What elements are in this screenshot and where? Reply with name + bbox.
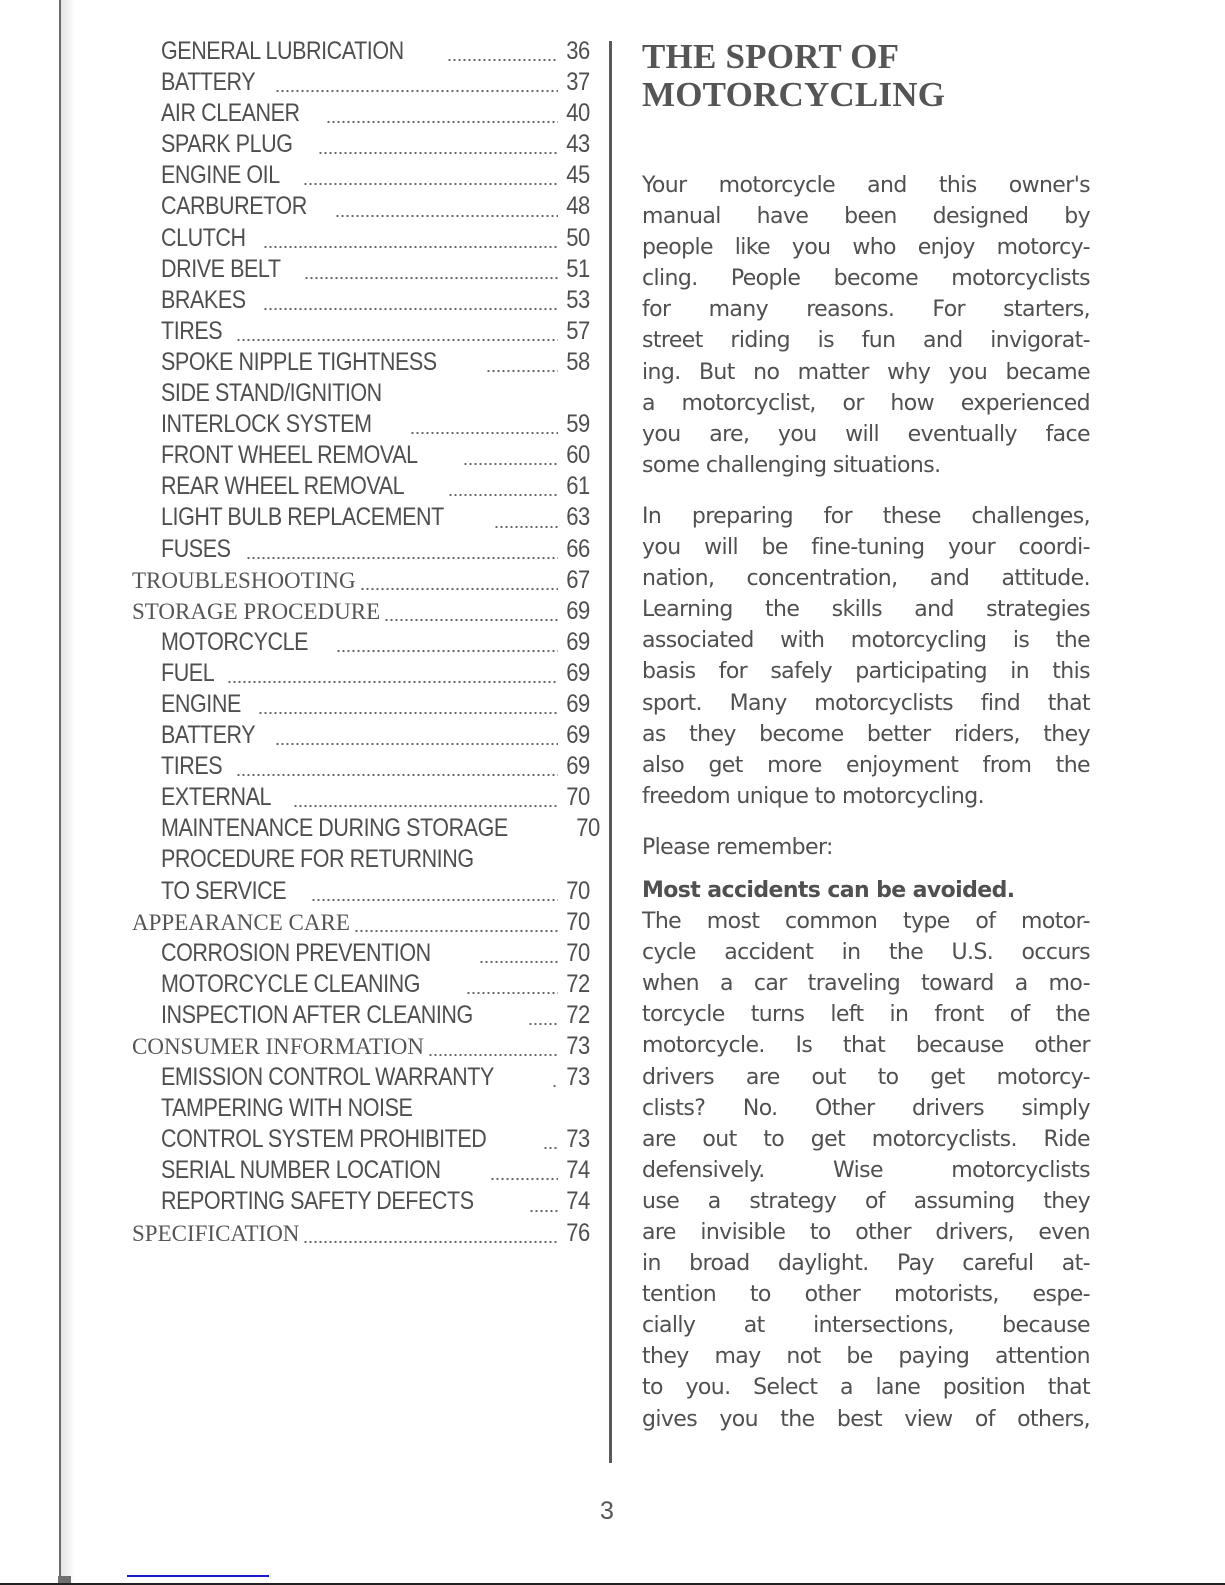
toc-leader-dots [326,119,558,125]
toc-entry-page: 70 [566,939,590,968]
toc-entry: REAR WHEEL REMOVAL61 [132,472,590,503]
toc-entry-label: SPOKE NIPPLE TIGHTNESS [161,348,437,377]
toc-entry: TIRES69 [132,752,590,783]
toc-entry-label: LIGHT BULB REPLACEMENT [161,503,444,532]
toc-leader-dots [552,1083,558,1089]
toc-entry-label: CORROSION PREVENTION [161,939,431,968]
toc-entry: TROUBLESHOOTING67 [132,566,590,597]
toc-entry-label: SPECIFICATION [132,1221,299,1247]
toc-entry-label: TIRES [161,752,222,781]
paragraph-preparing: In preparing for these challenges,you wi… [642,501,1090,812]
toc-entry-page: 50 [566,224,590,253]
toc-entry-label: SIDE STAND/IGNITION [161,379,382,408]
paragraph-remember: Please remember: [642,832,1090,863]
toc-entry: SPARK PLUG43 [132,130,590,161]
toc-entry-label: TIRES [161,317,222,346]
toc-leader-dots [448,492,558,498]
toc-leader-dots [304,275,558,281]
toc-entry-page: 43 [566,130,590,159]
paragraph-accidents: Most accidents can be avoided. The most … [642,875,1090,1435]
toc-entry: STORAGE PROCEDURE69 [132,597,590,628]
toc-entry: BATTERY37 [132,68,590,99]
toc-leader-dots [336,648,558,654]
toc-entry-page: 40 [566,99,590,128]
toc-entry: SIDE STAND/IGNITION [132,379,590,410]
toc-entry-page: 66 [566,535,590,564]
page-edge [59,0,61,1580]
toc-entry-page: 69 [566,752,590,781]
toc-entry-label: AIR CLEANER [161,99,300,128]
toc-entry: MOTORCYCLE CLEANING72 [132,970,590,1001]
toc-entry-page: 74 [566,1156,590,1185]
toc-entry-label: ENGINE [161,690,241,719]
toc-entry-page: 69 [566,690,590,719]
toc-entry: CORROSION PREVENTION70 [132,939,590,970]
toc-entry: MOTORCYCLE69 [132,628,590,659]
toc-entry: LIGHT BULB REPLACEMENT63 [132,503,590,534]
toc-leader-dots [303,181,558,187]
toc-leader-dots [410,430,558,436]
toc-entry: ENGINE OIL45 [132,161,590,192]
toc-entry-label: CLUTCH [161,224,246,253]
toc-entry: SERIAL NUMBER LOCATION74 [132,1156,590,1187]
toc-entry-page: 67 [566,566,590,595]
article-sport-of-motorcycling: THE SPORT OF MOTORCYCLING Your motorcycl… [642,38,1090,1435]
text-line: torcycle turns left in front of the [642,999,1090,1030]
text-line: are out to get motorcyclists. Ride [642,1124,1090,1155]
toc-entry: CONTROL SYSTEM PROHIBITED73 [132,1125,590,1156]
toc-entry-page: 53 [566,286,590,315]
toc-entry-label: FUEL [161,659,214,688]
toc-entry: DRIVE BELT51 [132,255,590,286]
toc-leader-dots [303,1239,558,1245]
toc-entry-label: BATTERY [161,721,255,750]
toc-leader-dots [275,88,559,94]
text-line: people like you who enjoy motorcy- [642,232,1090,263]
toc-entry-page: 72 [566,1001,590,1030]
article-title: THE SPORT OF MOTORCYCLING [642,38,1090,114]
toc-entry-label: ENGINE OIL [161,161,280,190]
toc-leader-dots [428,1052,558,1058]
toc-entry-page: 48 [566,192,590,221]
text-line: nation, concentration, and attitude. [642,563,1090,594]
toc-entry-label: CARBURETOR [161,192,307,221]
toc-entry: MAINTENANCE DURING STORAGE70 [132,814,590,845]
toc-entry: SPECIFICATION76 [132,1219,590,1250]
toc-entry-page: 59 [566,410,590,439]
scan-artifact-line [127,1575,269,1577]
text-line: basis for safely participating in this [642,656,1090,687]
toc-entry-label: STORAGE PROCEDURE [132,599,380,625]
text-line: freedom unique to motorcycling. [642,781,1090,812]
text-line: cycle accident in the U.S. occurs [642,937,1090,968]
text-line: as they become better riders, they [642,719,1090,750]
text-line: in broad daylight. Pay careful at- [642,1248,1090,1279]
text-line: sport. Many motorcyclists find that [642,688,1090,719]
toc-entry: FUEL69 [132,659,590,690]
toc-entry: INTERLOCK SYSTEM59 [132,410,590,441]
toc-entry: CARBURETOR48 [132,192,590,223]
page-edge-shadow [61,0,75,1580]
toc-leader-dots [463,461,558,467]
toc-leader-dots [263,306,558,312]
toc-leader-dots [384,617,558,623]
toc-entry-label: PROCEDURE FOR RETURNING [161,845,474,874]
column-divider [609,41,612,1463]
toc-entry-page: 73 [566,1125,590,1154]
toc-entry-page: 63 [566,503,590,532]
toc-entry-label: TROUBLESHOOTING [132,568,356,594]
text-line: for many reasons. For starters, [642,294,1090,325]
article-title-line1: THE SPORT OF [642,37,899,76]
toc-leader-dots [486,368,559,374]
toc-leader-dots [236,772,558,778]
toc-entry-label: SPARK PLUG [161,130,293,159]
toc-entry: AIR CLEANER40 [132,99,590,130]
table-of-contents: GENERAL LUBRICATION36BATTERY37AIR CLEANE… [132,37,590,1250]
toc-entry-label: DRIVE BELT [161,255,281,284]
toc-entry: EXTERNAL70 [132,783,590,814]
toc-entry-label: INSPECTION AFTER CLEANING [161,1001,473,1030]
toc-leader-dots [354,928,558,934]
toc-entry-label: CONSUMER INFORMATION [132,1034,424,1060]
toc-leader-dots [360,586,559,592]
text-line: you will be fine-tuning your coordi- [642,532,1090,563]
text-line: when a car traveling toward a mo- [642,968,1090,999]
toc-entry: BATTERY69 [132,721,590,752]
text-line: ing. But no matter why you became [642,357,1090,388]
toc-leader-dots [227,679,558,685]
toc-entry-page: 57 [566,317,590,346]
toc-entry: GENERAL LUBRICATION36 [132,37,590,68]
toc-leader-dots [529,1208,559,1214]
toc-entry-page: 60 [566,441,590,470]
text-line: tention to other motorists, espe- [642,1279,1090,1310]
page-number: 3 [600,1497,614,1526]
toc-entry: TAMPERING WITH NOISE [132,1094,590,1125]
toc-entry-page: 72 [566,970,590,999]
toc-entry-label: REPORTING SAFETY DEFECTS [161,1187,474,1216]
text-line: cling. People become motorcyclists [642,263,1090,294]
toc-leader-dots [293,803,558,809]
toc-entry: REPORTING SAFETY DEFECTS74 [132,1187,590,1218]
text-line: cially at intersections, because [642,1310,1090,1341]
toc-entry: BRAKES53 [132,286,590,317]
text-line: are invisible to other drivers, even [642,1217,1090,1248]
toc-leader-dots [528,1021,559,1027]
toc-entry-label: SERIAL NUMBER LOCATION [161,1156,441,1185]
toc-entry-page: 58 [566,348,590,377]
text-line: a motorcyclist, or how experienced [642,388,1090,419]
toc-entry-label: APPEARANCE CARE [132,910,350,936]
text-line: also get more enjoyment from the [642,750,1090,781]
toc-entry-label: MOTORCYCLE CLEANING [161,970,420,999]
text-line: Your motorcycle and this owner's [642,170,1090,201]
toc-entry-label: INTERLOCK SYSTEM [161,410,372,439]
text-line: defensively. Wise motorcyclists [642,1155,1090,1186]
toc-entry-page: 69 [566,628,590,657]
text-line: street riding is fun and invigorat- [642,325,1090,356]
toc-entry-label: EXTERNAL [161,783,271,812]
toc-entry-page: 69 [566,721,590,750]
text-line: they may not be paying attention [642,1341,1090,1372]
toc-entry-label: TO SERVICE [161,877,286,906]
toc-leader-dots [318,150,558,156]
toc-entry: EMISSION CONTROL WARRANTY73 [132,1063,590,1094]
text-line: clists? No. Other drivers simply [642,1093,1090,1124]
toc-entry: TIRES57 [132,317,590,348]
toc-entry-page: 51 [566,255,590,284]
toc-entry-page: 70 [566,908,590,937]
text-line: use a strategy of assuming they [642,1186,1090,1217]
toc-entry: FUSES66 [132,535,590,566]
text-line: manual have been designed by [642,201,1090,232]
toc-leader-dots [543,1145,558,1151]
text-line: associated with motorcycling is the [642,625,1090,656]
toc-entry-label: MOTORCYCLE [161,628,308,657]
toc-entry-page: 36 [566,37,590,66]
text-line: Learning the skills and strategies [642,594,1090,625]
toc-leader-dots [494,524,558,530]
toc-entry-page: 37 [566,68,590,97]
toc-leader-dots [236,337,558,343]
toc-leader-dots [263,244,558,250]
toc-entry: CONSUMER INFORMATION73 [132,1032,590,1063]
toc-entry-label: TAMPERING WITH NOISE [161,1094,412,1123]
toc-leader-dots [246,555,558,561]
toc-entry-label: CONTROL SYSTEM PROHIBITED [161,1125,486,1154]
toc-entry-page: 69 [566,597,590,626]
toc-entry-page: 61 [566,472,590,501]
toc-entry-page: 73 [566,1032,590,1061]
toc-leader-dots [466,990,558,996]
bold-heading: Most accidents can be avoided. [642,875,1090,906]
toc-entry: ENGINE69 [132,690,590,721]
toc-entry-page: 76 [566,1219,590,1248]
remember-text: Please remember: [642,832,1090,863]
toc-entry-page: 70 [566,783,590,812]
toc-entry-page: 45 [566,161,590,190]
toc-leader-dots [447,57,558,63]
toc-entry-label: FUSES [161,535,231,564]
toc-entry-page: 73 [566,1063,590,1092]
toc-entry-label: BRAKES [161,286,246,315]
toc-leader-dots [479,959,559,965]
toc-entry-label: FRONT WHEEL REMOVAL [161,441,418,470]
article-title-line2: MOTORCYCLING [642,75,945,114]
paragraph-intro: Your motorcycle and this owner'smanual h… [642,170,1090,481]
toc-entry-page: 69 [566,659,590,688]
toc-entry: CLUTCH50 [132,224,590,255]
toc-entry-page: 74 [566,1187,590,1216]
paragraph-accidents-body: The most common type of motor-cycle acci… [642,906,1090,1435]
toc-entry: TO SERVICE70 [132,877,590,908]
toc-entry-label: EMISSION CONTROL WARRANTY [161,1063,494,1092]
toc-leader-dots [490,1176,558,1182]
toc-entry: PROCEDURE FOR RETURNING [132,845,590,876]
text-line: you are, you will eventually face [642,419,1090,450]
toc-entry: INSPECTION AFTER CLEANING72 [132,1001,590,1032]
toc-entry: FRONT WHEEL REMOVAL60 [132,441,590,472]
text-line: In preparing for these challenges, [642,501,1090,532]
toc-entry-page: 70 [576,814,600,843]
toc-leader-dots [258,710,558,716]
toc-entry: SPOKE NIPPLE TIGHTNESS58 [132,348,590,379]
toc-entry: APPEARANCE CARE70 [132,908,590,939]
toc-leader-dots [311,897,559,903]
toc-entry-label: BATTERY [161,68,255,97]
toc-leader-dots [335,213,559,219]
text-line: The most common type of motor- [642,906,1090,937]
toc-entry-label: GENERAL LUBRICATION [161,37,404,66]
text-line: to you. Select a lane position that [642,1372,1090,1403]
toc-leader-dots [275,741,559,747]
text-line: motorcycle. Is that because other [642,1030,1090,1061]
text-line: gives you the best view of others, [642,1404,1090,1435]
toc-entry-page: 70 [566,877,590,906]
toc-entry-label: MAINTENANCE DURING STORAGE [161,814,508,843]
toc-entry-label: REAR WHEEL REMOVAL [161,472,404,501]
text-line: drivers are out to get motorcy- [642,1062,1090,1093]
text-line: some challenging situations. [642,450,1090,481]
